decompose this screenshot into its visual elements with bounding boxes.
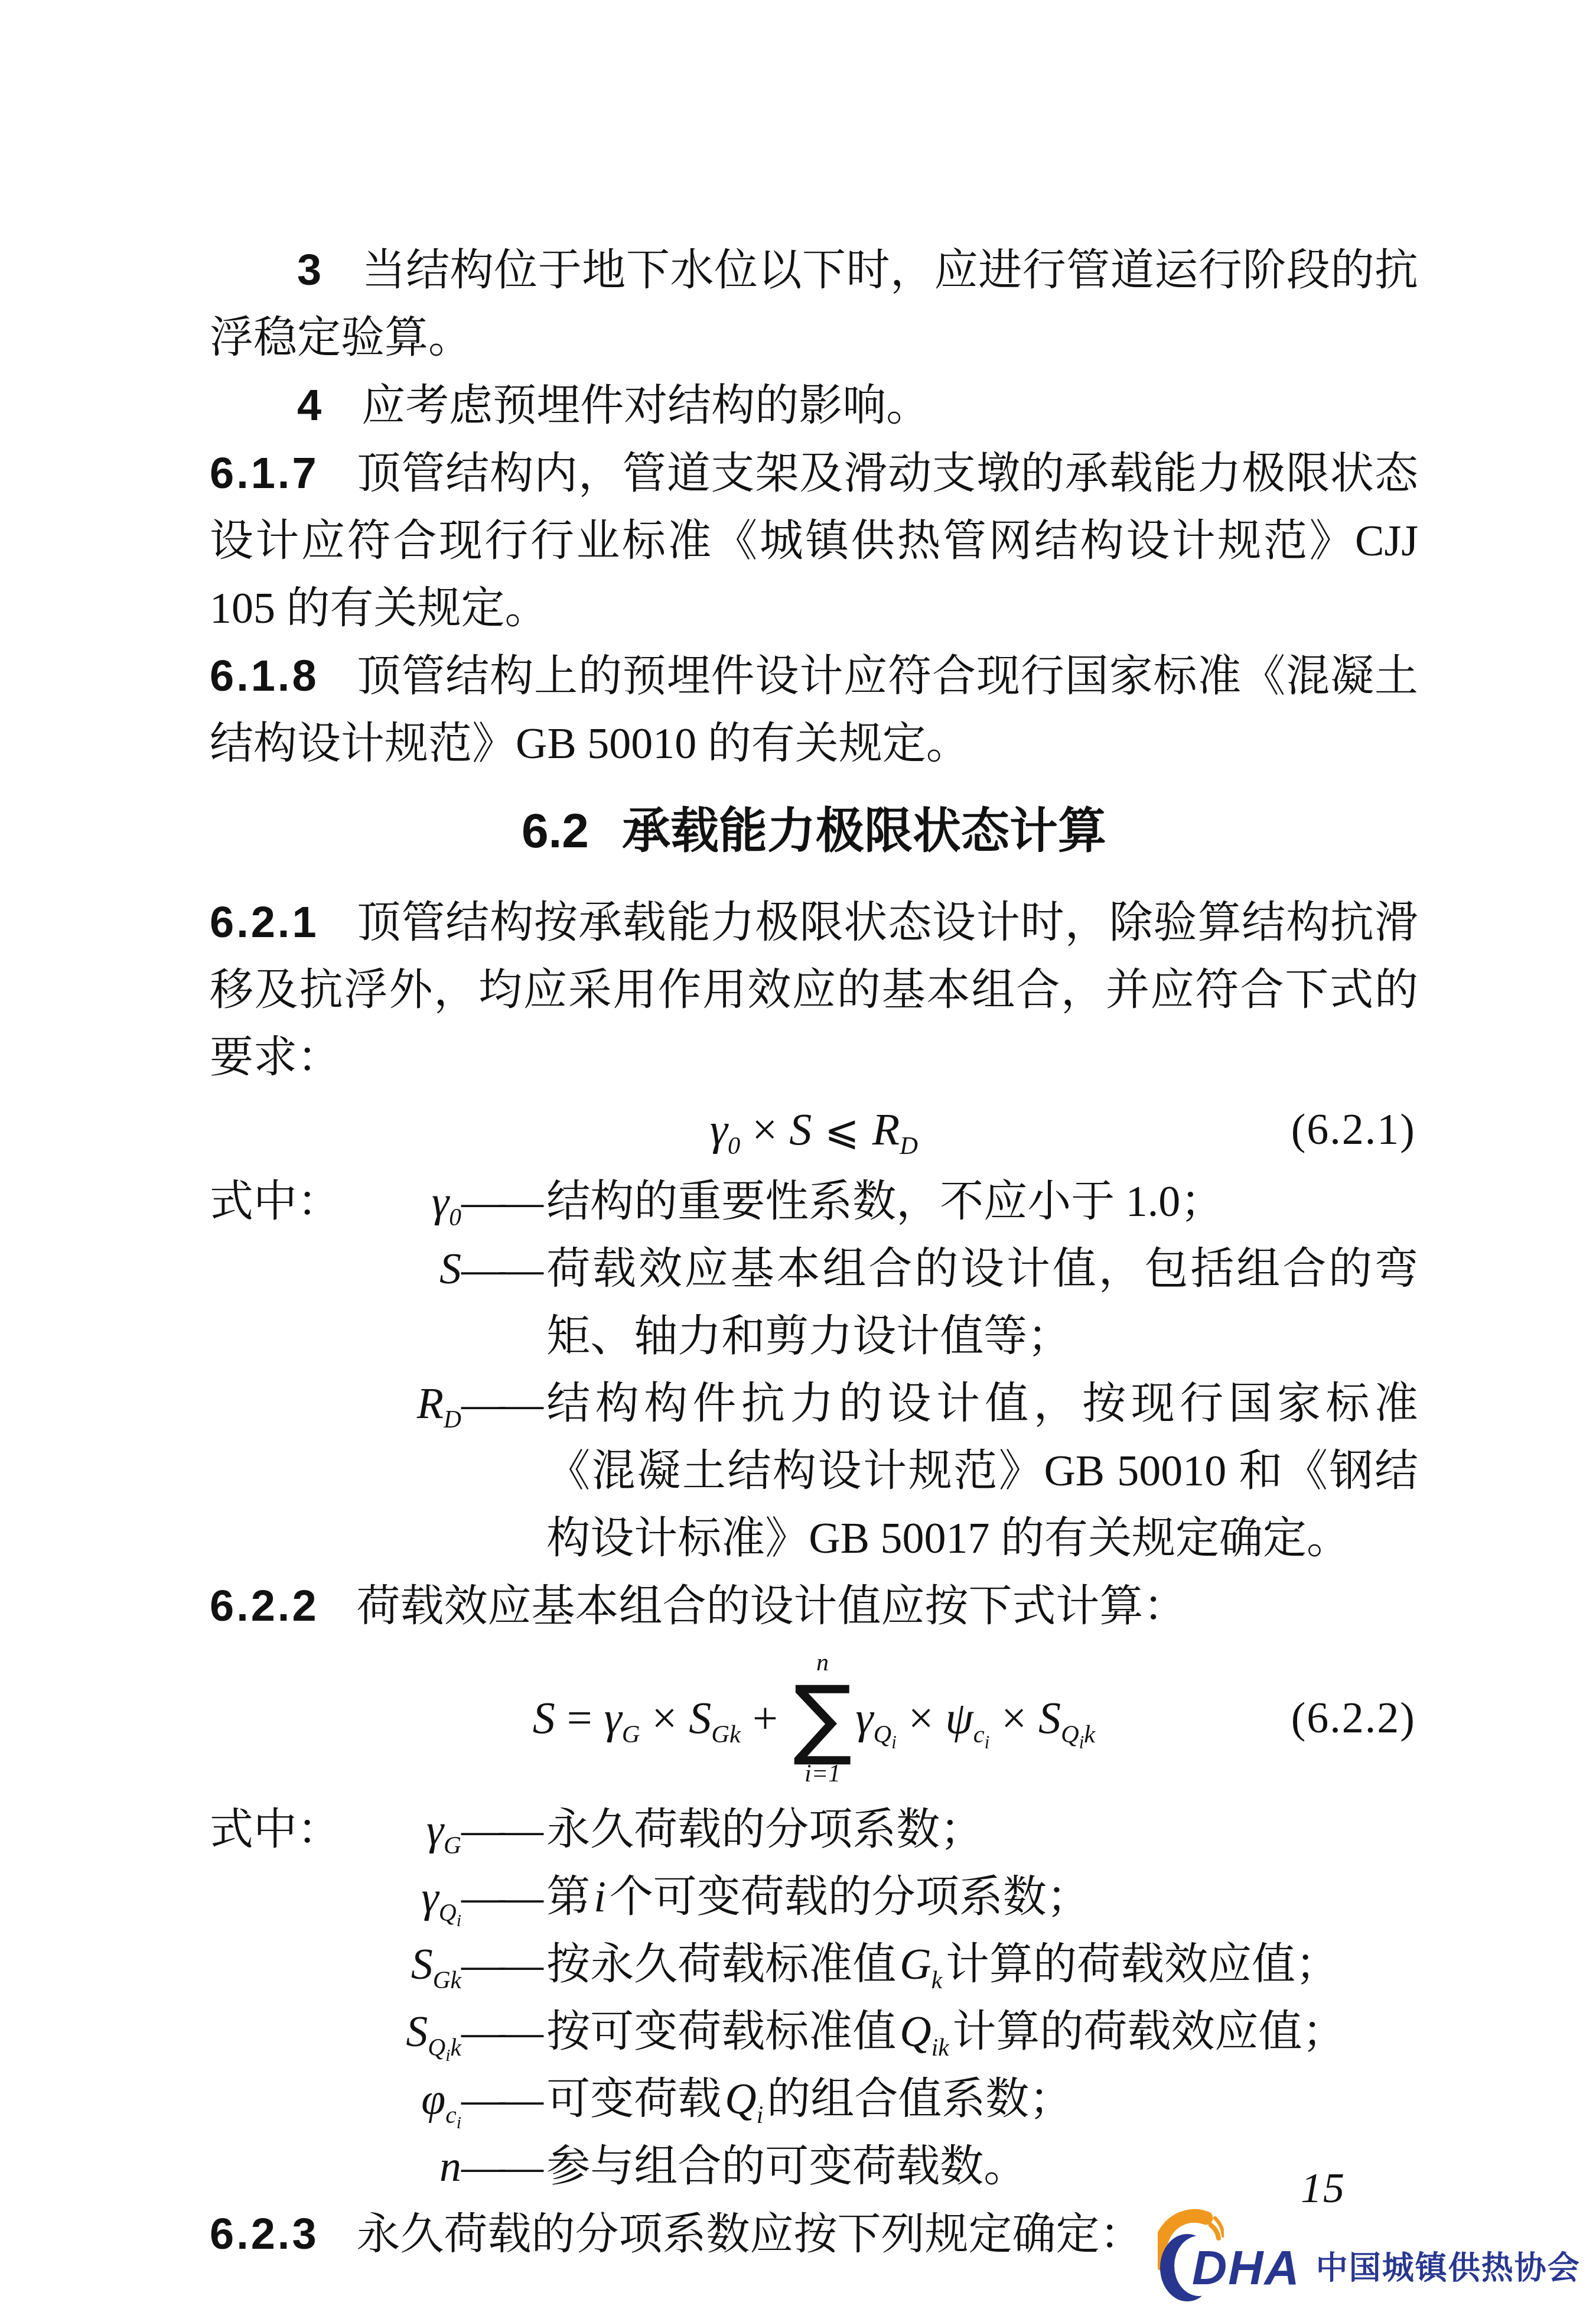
sigma-symbol: ∑ xyxy=(793,1676,852,1760)
inline-math xyxy=(1071,1312,1078,1361)
section-heading-title: 承载能力极限状态计算 xyxy=(622,804,1106,858)
clause-6-2-1-paragraph: 6.2.1顶管结构按承载能力极限状态设计时，除验算结构抗滑移及抗浮外，均应采用作… xyxy=(210,889,1418,1091)
definition-dash: —— xyxy=(461,2133,538,2200)
inline-math: Qi xyxy=(721,2075,767,2124)
r-symbol: R xyxy=(872,1105,900,1155)
r-subscript: D xyxy=(900,1132,918,1160)
definition-text: 按可变荷载标准值Qik计算的荷载效应值； xyxy=(546,1998,1418,2066)
plus-operator: + xyxy=(753,1693,778,1743)
where-6-2-1-row-s: S —— 荷载效应基本组合的设计值，包括组合的弯矩、轴力和剪力设计值等； xyxy=(210,1235,1418,1370)
clause-4-number: 4 xyxy=(297,381,324,430)
definition-dash: —— xyxy=(461,1931,538,1998)
clause-6-1-8-text: 顶管结构上的预埋件设计应符合现行国家标准《混凝土结构设计规范》GB 50010 … xyxy=(210,652,1418,768)
times-operator: × xyxy=(1001,1693,1027,1743)
clause-3-paragraph: 3当结构位于地下水位以下时，应进行管道运行阶段的抗浮稳定验算。 xyxy=(210,236,1418,372)
clause-3-number: 3 xyxy=(297,245,324,294)
logo-org-name: 中国城镇供热协会 xyxy=(1316,2243,1581,2288)
summation-block: n ∑ i=1 xyxy=(793,1650,852,1787)
definition-dash: —— xyxy=(461,1864,538,1931)
definition-text: 结构的重要性系数，不应小于 1.0； xyxy=(546,1168,1418,1235)
formula-6-2-2-rhs: γQi×ψci×SQik xyxy=(855,1685,1095,1752)
formula-6-2-1-expression: γ0×S⩽RD xyxy=(710,1096,918,1164)
formula-6-2-1-number: (6.2.1) xyxy=(1291,1096,1416,1163)
where-6-2-1-row-gamma0: 式中：γ0 —— 结构的重要性系数，不应小于 1.0； xyxy=(210,1168,1418,1235)
less-equal-operator: ⩽ xyxy=(825,1106,859,1155)
definition-dash: —— xyxy=(461,1168,538,1235)
symbol-gammaG: γG xyxy=(426,1796,461,1864)
where-6-2-2-row-n: n —— 参与组合的可变荷载数。 xyxy=(210,2133,1418,2200)
inline-math xyxy=(1224,1178,1231,1226)
inline-math xyxy=(983,1806,991,1854)
times-operator: × xyxy=(652,1693,677,1743)
definition-dash: —— xyxy=(461,1235,538,1303)
definition-dash: —— xyxy=(461,1998,538,2066)
definition-text: 按永久荷载标准值Gk计算的荷载效应值； xyxy=(546,1931,1418,1998)
clause-6-2-3-text: 永久荷载的分项系数应按下列规定确定： xyxy=(357,2210,1144,2259)
gamma-symbol: γ xyxy=(710,1105,728,1155)
logo-abbr-text: DHA xyxy=(1192,2241,1301,2296)
symbol-sQik: SQik xyxy=(406,1998,461,2066)
where-6-2-2-row-sGk: SGk —— 按永久荷载标准值Gk计算的荷载效应值； xyxy=(210,1931,1418,1998)
clause-4-paragraph: 4应考虑预埋件对结构的影响。 xyxy=(210,372,1418,440)
definition-text: 第i个可变荷载的分项系数； xyxy=(546,1864,1418,1931)
clause-6-1-7-text: 顶管结构内，管道支架及滑动支墩的承载能力极限状态设计应符合现行行业标准《城镇供热… xyxy=(210,450,1418,633)
symbol-rd: RD xyxy=(417,1370,461,1438)
definition-dash: —— xyxy=(461,1796,538,1864)
formula-6-2-2: S=γG×SGk+ n ∑ i=1 γQi×ψci×SQik (6.2.2) xyxy=(210,1644,1418,1793)
document-page: 3当结构位于地下水位以下时，应进行管道运行阶段的抗浮稳定验算。 4应考虑预埋件对… xyxy=(0,0,1596,2312)
definition-text: 结构构件抗力的设计值，按现行国家标准《混凝土结构设计规范》GB 50010 和《… xyxy=(546,1370,1418,1572)
clause-6-2-2-paragraph: 6.2.2荷载效应基本组合的设计值应按下式计算： xyxy=(210,1572,1418,1640)
formula-6-2-2-lhs: S=γG×SGk+ xyxy=(533,1685,790,1752)
where-6-2-2-row-gammaQi: γQi —— 第i个可变荷载的分项系数； xyxy=(210,1864,1418,1931)
inline-math: i xyxy=(590,1873,610,1921)
symbol-sGk: SGk xyxy=(411,1931,461,1998)
where-6-2-1-row-rd: RD —— 结构构件抗力的设计值，按现行国家标准《混凝土结构设计规范》GB 50… xyxy=(210,1370,1418,1572)
gamma-subscript: 0 xyxy=(728,1132,740,1160)
clause-6-1-8-paragraph: 6.1.8顶管结构上的预埋件设计应符合现行国家标准《混凝土结构设计规范》GB 5… xyxy=(210,642,1418,778)
clause-6-1-7-number: 6.1.7 xyxy=(210,448,319,497)
definition-text: 参与组合的可变荷载数。 xyxy=(546,2133,1418,2200)
s-symbol: S xyxy=(789,1105,812,1155)
formula-6-2-2-number: (6.2.2) xyxy=(1291,1685,1416,1752)
definition-text: 可变荷载Qi的组合值系数； xyxy=(546,2066,1418,2133)
equals-operator: = xyxy=(567,1693,592,1743)
symbol-s: S xyxy=(439,1235,461,1303)
where-6-2-2-row-phiCi: φci —— 可变荷载Qi的组合值系数； xyxy=(210,2066,1418,2133)
clause-6-1-7-paragraph: 6.1.7顶管结构内，管道支架及滑动支墩的承载能力极限状态设计应符合现行行业标准… xyxy=(210,440,1418,642)
clause-6-2-1-number: 6.2.1 xyxy=(210,898,319,947)
where-prefix: 式中： xyxy=(210,1168,341,1235)
inline-math xyxy=(1027,2142,1034,2191)
clause-6-2-2-number: 6.2.2 xyxy=(210,1581,319,1630)
psi-symbol: ψ xyxy=(946,1693,973,1743)
inline-math: Gk xyxy=(896,1940,946,1989)
logo-orange-swoosh-1 xyxy=(1211,2225,1219,2238)
section-heading-6-2: 6.2承载能力极限状态计算 xyxy=(210,798,1418,865)
clause-6-1-8-number: 6.1.8 xyxy=(210,651,319,700)
symbol-gammaQi: γQi xyxy=(422,1864,461,1931)
definition-dash: —— xyxy=(461,2066,538,2133)
summation-lower-limit: i=1 xyxy=(804,1761,841,1786)
symbol-phiCi: φci xyxy=(421,2066,461,2133)
times-operator: × xyxy=(752,1105,777,1155)
where-6-2-2-row-sQik: SQik —— 按可变荷载标准值Qik计算的荷载效应值； xyxy=(210,1998,1418,2066)
inline-math xyxy=(1350,1514,1357,1563)
formula-6-2-1: γ0×S⩽RD (6.2.1) xyxy=(210,1094,1418,1166)
clause-6-2-1-text: 顶管结构按承载能力极限状态设计时，除验算结构抗滑移及抗浮外，均应采用作用效应的基… xyxy=(210,899,1418,1082)
definition-text: 荷载效应基本组合的设计值，包括组合的弯矩、轴力和剪力设计值等； xyxy=(546,1235,1418,1370)
clause-6-2-2-text: 荷载效应基本组合的设计值应按下式计算： xyxy=(357,1582,1187,1631)
page-body: 3当结构位于地下水位以下时，应进行管道运行阶段的抗浮稳定验算。 4应考虑预埋件对… xyxy=(210,236,1418,2268)
times-operator: × xyxy=(908,1693,934,1743)
clause-3-text: 当结构位于地下水位以下时，应进行管道运行阶段的抗浮稳定验算。 xyxy=(210,246,1418,362)
symbol-n: n xyxy=(439,2133,461,2200)
inline-math: Qik xyxy=(896,2008,952,2056)
definition-text: 永久荷载的分项系数； xyxy=(546,1796,1418,1864)
cdha-logo: DHA 中国城镇供热协会 xyxy=(1158,2202,1581,2309)
where-prefix: 式中： xyxy=(210,1796,341,1864)
section-heading-number: 6.2 xyxy=(522,804,589,858)
clause-4-text: 应考虑预埋件对结构的影响。 xyxy=(361,382,930,430)
symbol-gamma0: γ0 xyxy=(432,1168,461,1235)
definition-dash: —— xyxy=(461,1370,538,1438)
where-6-2-2-row-gammaG: 式中：γG —— 永久荷载的分项系数； xyxy=(210,1796,1418,1864)
clause-6-2-3-number: 6.2.3 xyxy=(210,2209,319,2258)
